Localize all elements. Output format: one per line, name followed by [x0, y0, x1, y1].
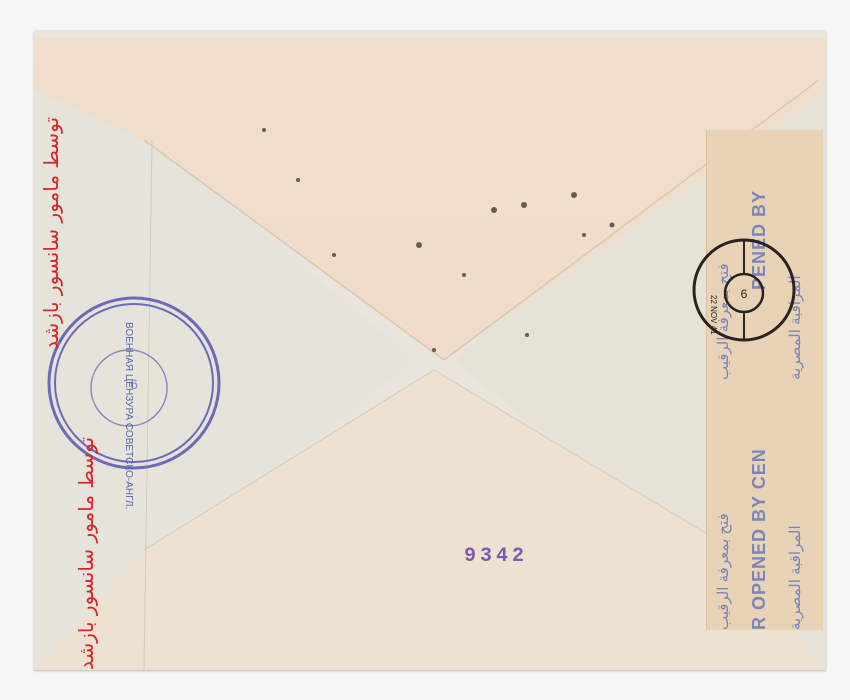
red-censor-text-2: توسط مامور سانسور بازشد [74, 340, 98, 670]
tape-english-bottom: R OPENED BY CEN [749, 380, 770, 630]
cairo-postmark: 6 22 NOV 41 [689, 235, 799, 345]
tape-arabic-3: فتح بمعرفة الرقيب [715, 390, 733, 630]
number-stamp: 9342 [464, 545, 528, 568]
envelope-back: 6 ВОЕННАЯ ЦЕНЗУРА СОВЕТСКО-АНГЛ. توسط ما… [34, 30, 826, 670]
violet-censor-ring-text: ВОЕННАЯ ЦЕНЗУРА СОВЕТСКО-АНГЛ. [123, 322, 134, 509]
red-censor-text-1: توسط مامور سانسور بازشد [39, 90, 63, 350]
svg-text:22 NOV 41: 22 NOV 41 [709, 295, 718, 335]
tape-arabic-4: المراقبة المصرية [787, 390, 805, 630]
violet-censor-mark: 6 [44, 293, 224, 473]
svg-text:6: 6 [741, 287, 748, 301]
censor-tape: فتح بمعرفة الرقيب PENED BY المراقبة المص… [706, 130, 823, 630]
